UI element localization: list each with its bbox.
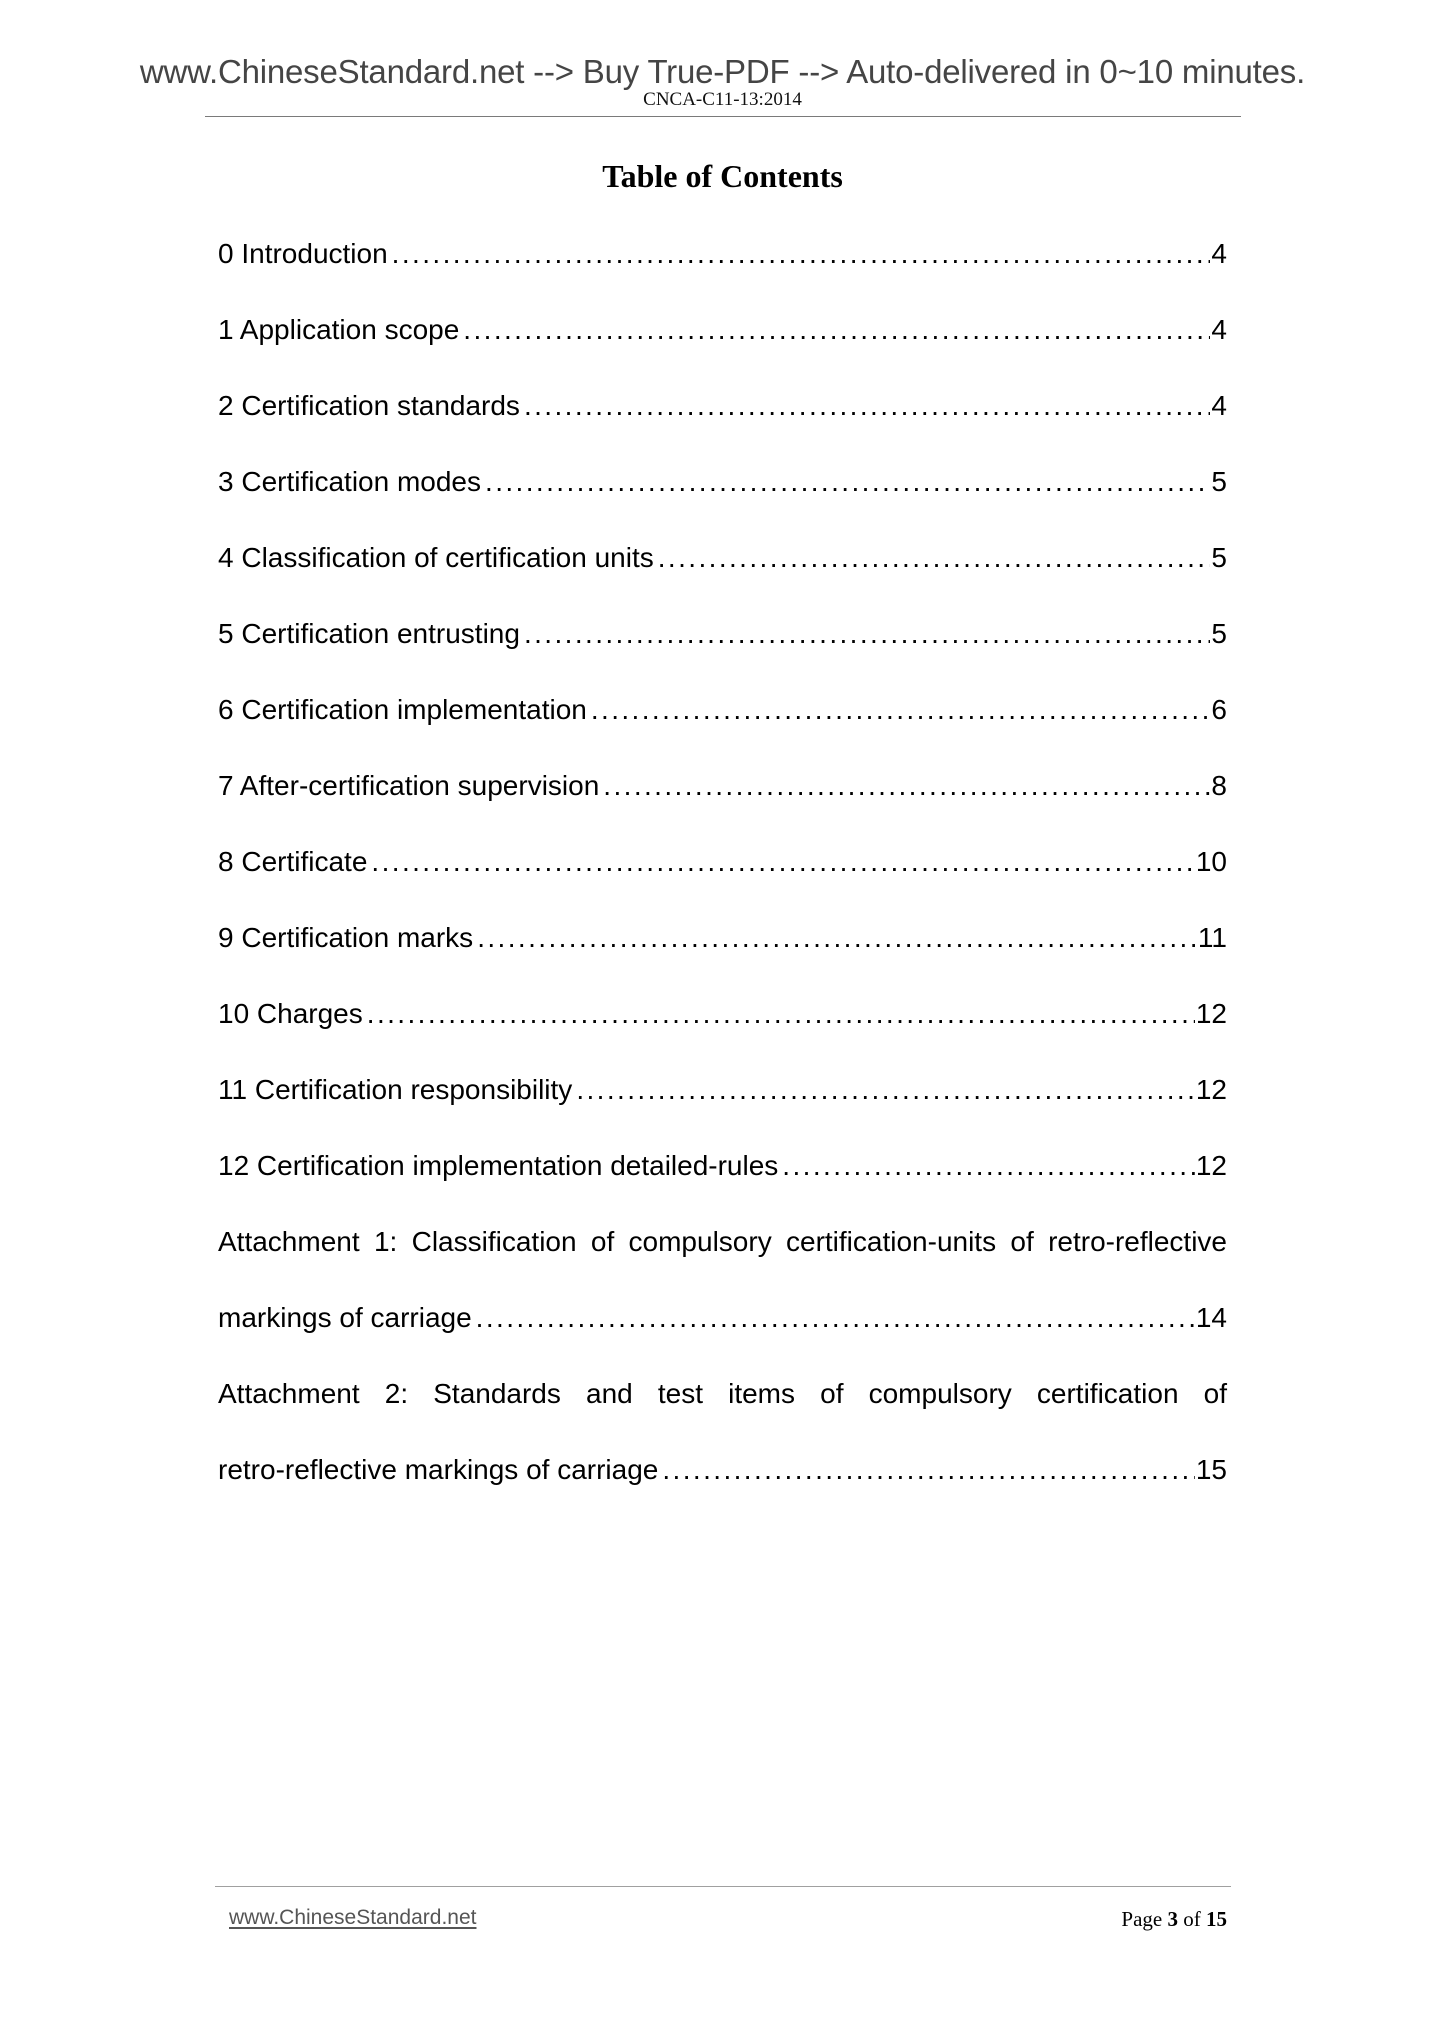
promo-banner[interactable]: www.ChineseStandard.net --> Buy True-PDF…	[0, 52, 1445, 92]
document-page: www.ChineseStandard.net --> Buy True-PDF…	[0, 0, 1445, 2044]
toc-entry-label: 8 Certificate	[218, 844, 367, 880]
current-page-number: 3	[1168, 1907, 1179, 1931]
toc-entry[interactable]: 2 Certification standards4	[218, 388, 1227, 464]
document-code: CNCA-C11-13:2014	[0, 89, 1445, 111]
toc-entry[interactable]: 3 Certification modes5	[218, 464, 1227, 540]
dot-leader	[782, 1148, 1195, 1184]
toc-attachment-title[interactable]: Attachment 1: Classification of compulso…	[218, 1224, 1227, 1300]
toc-entry[interactable]: 1 Application scope4	[218, 312, 1227, 388]
toc-entry[interactable]: 12 Certification implementation detailed…	[218, 1148, 1227, 1224]
toc-entry-label: 9 Certification marks	[218, 920, 473, 956]
toc-entry[interactable]: 8 Certificate10	[218, 844, 1227, 920]
page-indicator: Page 3 of 15	[1121, 1906, 1227, 1932]
toc-entry-page: 6	[1211, 692, 1227, 728]
toc-entry-label: 6 Certification implementation	[218, 692, 587, 728]
toc-entry[interactable]: 0 Introduction4	[218, 236, 1227, 312]
dot-leader	[658, 540, 1211, 576]
dot-leader	[485, 464, 1210, 500]
table-of-contents: 0 Introduction41 Application scope42 Cer…	[218, 236, 1227, 1528]
toc-entry-page: 12	[1196, 1148, 1227, 1184]
toc-entry-label: markings of carriage	[218, 1300, 472, 1336]
toc-entry[interactable]: 9 Certification marks11	[218, 920, 1227, 996]
footer-website-link[interactable]: www.ChineseStandard.net	[229, 1905, 476, 1931]
toc-entry-label: 12 Certification implementation detailed…	[218, 1148, 778, 1184]
toc-entry-page: 4	[1211, 312, 1227, 348]
dot-leader	[603, 768, 1210, 804]
toc-entry-label: retro-reflective markings of carriage	[218, 1452, 658, 1488]
toc-entry-page: 8	[1211, 768, 1227, 804]
toc-entry-page: 5	[1211, 540, 1227, 576]
dot-leader	[524, 388, 1210, 424]
toc-entry[interactable]: retro-reflective markings of carriage15	[218, 1452, 1227, 1528]
dot-leader	[392, 236, 1211, 272]
dot-leader	[367, 996, 1195, 1032]
dot-leader	[477, 920, 1197, 956]
total-page-count: 15	[1206, 1907, 1227, 1931]
toc-entry-page: 10	[1196, 844, 1227, 880]
header-divider	[205, 116, 1241, 117]
toc-entry[interactable]: 11 Certification responsibility12	[218, 1072, 1227, 1148]
toc-entry-label: 5 Certification entrusting	[218, 616, 520, 652]
toc-entry-label: 2 Certification standards	[218, 388, 520, 424]
toc-entry-page: 12	[1196, 1072, 1227, 1108]
toc-entry-label: 10 Charges	[218, 996, 363, 1032]
toc-entry-label: 11 Certification responsibility	[218, 1072, 572, 1108]
dot-leader	[662, 1452, 1194, 1488]
toc-entry-label: 1 Application scope	[218, 312, 459, 348]
toc-entry[interactable]: 5 Certification entrusting5	[218, 616, 1227, 692]
toc-entry[interactable]: 10 Charges12	[218, 996, 1227, 1072]
dot-leader	[463, 312, 1210, 348]
toc-entry-label: 3 Certification modes	[218, 464, 481, 500]
toc-entry-page: 12	[1196, 996, 1227, 1032]
dot-leader	[476, 1300, 1195, 1336]
page-of: of	[1183, 1907, 1201, 1931]
toc-entry-page: 15	[1196, 1452, 1227, 1488]
page-title: Table of Contents	[0, 156, 1445, 196]
toc-entry-page: 14	[1196, 1300, 1227, 1336]
toc-entry-page: 4	[1211, 236, 1227, 272]
toc-entry[interactable]: 7 After-certification supervision8	[218, 768, 1227, 844]
toc-entry[interactable]: markings of carriage14	[218, 1300, 1227, 1376]
dot-leader	[524, 616, 1210, 652]
toc-attachment-title[interactable]: Attachment 2: Standards and test items o…	[218, 1376, 1227, 1452]
toc-entry-label: 0 Introduction	[218, 236, 388, 272]
toc-entry[interactable]: 6 Certification implementation6	[218, 692, 1227, 768]
footer-divider	[215, 1886, 1231, 1887]
toc-entry-page: 5	[1211, 464, 1227, 500]
toc-entry-page: 4	[1211, 388, 1227, 424]
dot-leader	[591, 692, 1211, 728]
dot-leader	[576, 1072, 1195, 1108]
page-prefix: Page	[1121, 1907, 1162, 1931]
toc-entry-label: 7 After-certification supervision	[218, 768, 599, 804]
toc-entry[interactable]: 4 Classification of certification units5	[218, 540, 1227, 616]
toc-entry-page: 5	[1211, 616, 1227, 652]
toc-entry-label: 4 Classification of certification units	[218, 540, 654, 576]
toc-entry-page: 11	[1198, 920, 1227, 956]
dot-leader	[371, 844, 1194, 880]
